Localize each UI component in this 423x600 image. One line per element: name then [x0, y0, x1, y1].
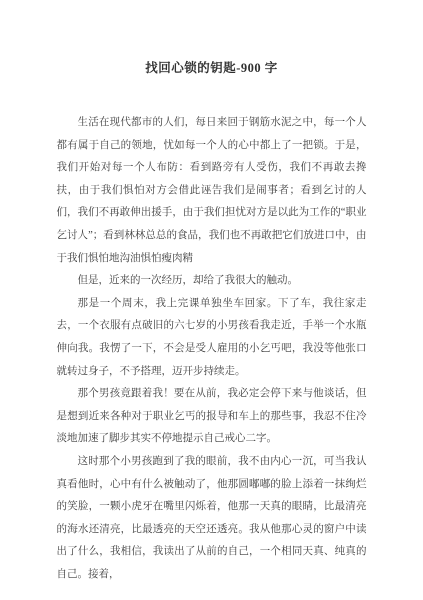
paragraph: 但是，近来的一次经历，却给了我很大的触动。 — [57, 270, 367, 293]
paragraph: 这时那个小男孩跑到了我的眼前，我不由内心一沉，可当我认真看他时，心中有什么被触动… — [57, 451, 367, 587]
document-body: 生活在现代都市的人们，每日来回于钢筋水泥之中，每一个人都有属于自己的领地，忧如每… — [57, 112, 367, 586]
paragraph: 那个男孩竟跟着我！要在从前，我必定会停下来与他谈话，但是想到近来各种对于职业乞丐… — [57, 383, 367, 451]
paragraph: 生活在现代都市的人们，每日来回于钢筋水泥之中，每一个人都有属于自己的领地，忧如每… — [57, 112, 367, 270]
paragraph: 那是一个周末，我上完课单独坐车回家。下了车，我往家走去，一个衣服有点破旧的六七岁… — [57, 293, 367, 383]
document-page: 找回心锁的钥匙-900 字 生活在现代都市的人们，每日来回于钢筋水泥之中，每一个… — [0, 0, 423, 600]
document-title: 找回心锁的钥匙-900 字 — [0, 58, 423, 76]
